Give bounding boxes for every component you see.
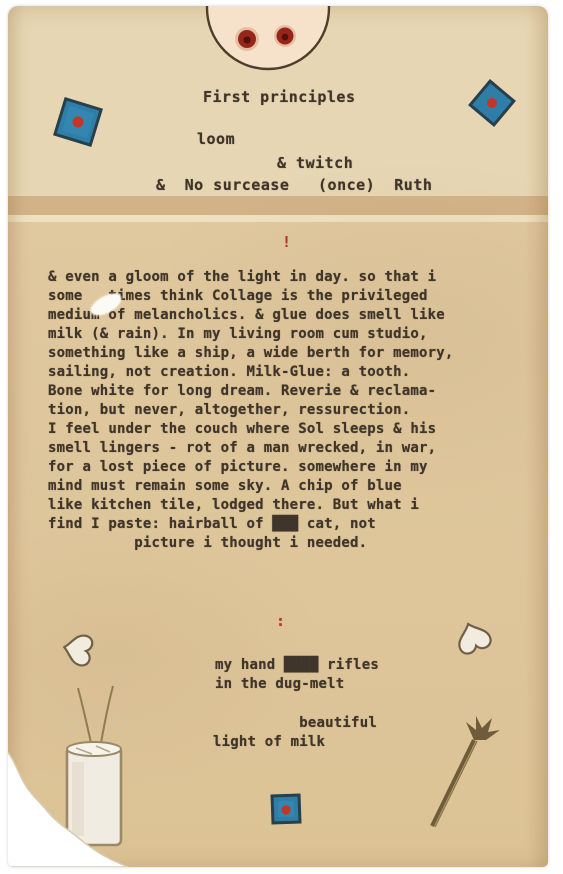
word-loom: loom	[197, 130, 235, 148]
torn-paper-corner	[8, 750, 128, 867]
brush-arrow-icon	[432, 716, 500, 827]
section-mark-1: !	[282, 233, 291, 251]
page-title: First principles	[203, 88, 356, 106]
stanza-light-of-milk: beautiful light of milk	[213, 714, 377, 752]
heart-right-icon	[453, 619, 493, 656]
face-dot-right	[274, 25, 296, 47]
section-mark-2: :	[276, 612, 285, 630]
heart-left-icon	[62, 632, 94, 666]
blue-tile-square-icon	[270, 793, 301, 824]
word-twitch: & twitch	[277, 154, 353, 172]
blue-tile-diamond-left-icon	[53, 97, 103, 147]
page: { "artwork": { "kind": "typewritten coll…	[0, 0, 563, 874]
half-circle-face-icon	[207, 6, 329, 69]
stanza-rifles: my hand ████ rifles in the dug-melt	[215, 656, 379, 694]
paper-sheet: First principles loom & twitch & No surc…	[8, 6, 548, 867]
candle-can-icon	[66, 686, 126, 845]
blue-tile-diamond-right-icon	[468, 79, 516, 127]
refrain-line: & No surcease (once) Ruth	[156, 176, 432, 194]
face-dot-left	[235, 27, 259, 51]
